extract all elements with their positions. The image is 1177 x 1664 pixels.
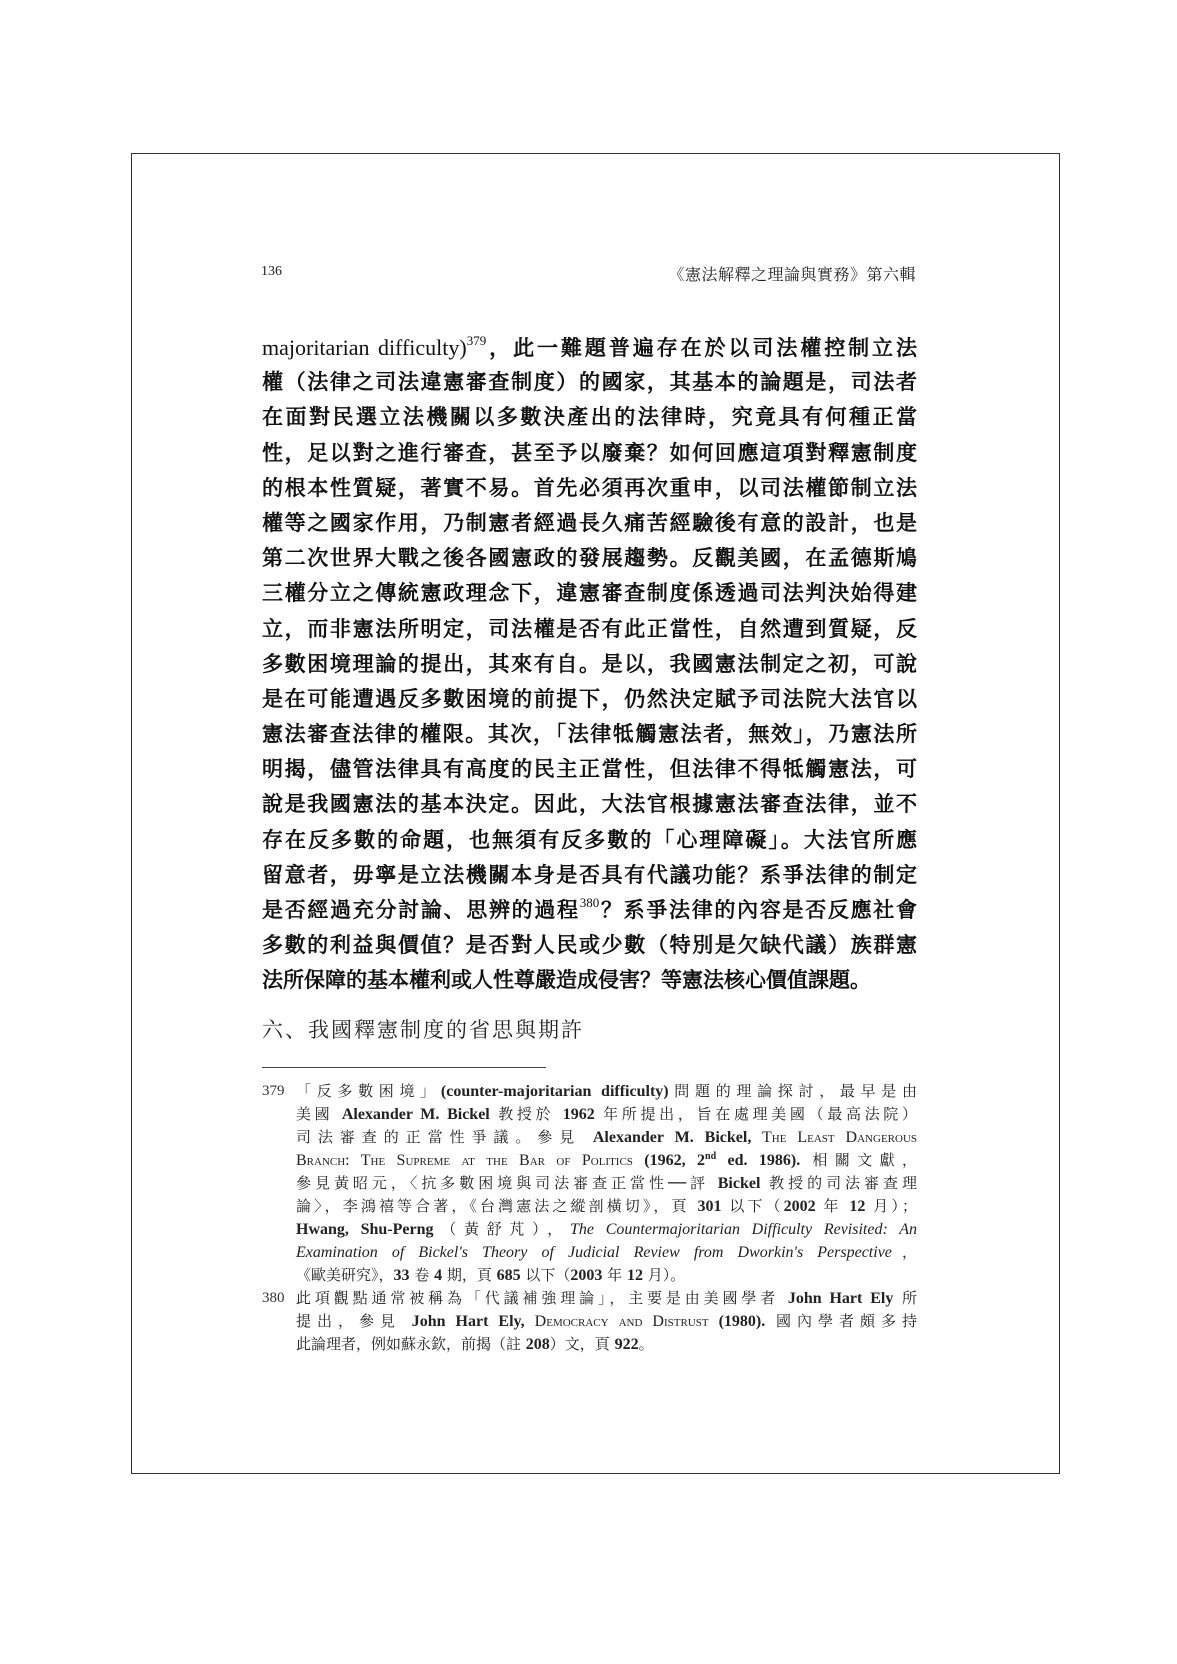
footnote-380: 380 此項觀點通常被稱為「代議補強理論」，主要是由美國學者 John Hart… bbox=[262, 1287, 917, 1356]
body-line: 的根本性質疑，著實不易。首先必須再次重申，以司法權節制立法 bbox=[262, 471, 917, 506]
footnote-line: 此項觀點通常被稱為「代議補強理論」，主要是由美國學者 John Hart Ely… bbox=[296, 1287, 917, 1310]
footnote-line: 此論理者，例如蘇永欽，前揭（註 208）文，頁 922。 bbox=[296, 1333, 917, 1356]
body-line: 明揭，儘管法律具有高度的民主正當性，但法律不得牴觸憲法，可 bbox=[262, 752, 917, 787]
body-line: 憲法審查法律的權限。其次，「法律牴觸憲法者，無效」，乃憲法所 bbox=[262, 717, 917, 752]
book-title: 《憲法解釋之理論與實務》第六輯 bbox=[668, 262, 916, 285]
footnote-line: 司法審查的正當性爭議。參見 Alexander M. Bickel, The L… bbox=[296, 1126, 917, 1149]
footnote-line: Branch: The Supreme at the Bar of Politi… bbox=[296, 1149, 917, 1172]
footnote-line: 參見黃昭元，〈抗多數困境與司法審查正當性──評 Bickel 教授的司法審查理 bbox=[296, 1172, 917, 1195]
body-text-segment: 是否經過充分討論、思辨的過程 bbox=[262, 898, 580, 922]
footnote-line: 美國 Alexander M. Bickel 教授於 1962 年所提出，旨在處… bbox=[296, 1103, 917, 1126]
footnote-number: 380 bbox=[262, 1287, 285, 1309]
footnote-line: Hwang, Shu-Perng（黃舒芃），The Countermajorit… bbox=[296, 1218, 917, 1241]
page-number: 136 bbox=[261, 264, 282, 280]
footnotes: 379 「反多數困境」(counter-majoritarian difficu… bbox=[262, 1080, 917, 1356]
body-line: 權（法律之司法違憲審查制度）的國家，其基本的論題是，司法者 bbox=[262, 365, 917, 400]
body-line: 是在可能遭遇反多數困境的前提下，仍然決定賦予司法院大法官以 bbox=[262, 682, 917, 717]
body-line: 說是我國憲法的基本決定。因此，大法官根據憲法審查法律，並不 bbox=[262, 787, 917, 822]
body-line: 權等之國家作用，乃制憲者經過長久痛苦經驗後有意的設計，也是 bbox=[262, 506, 917, 541]
footnote-379: 379 「反多數困境」(counter-majoritarian difficu… bbox=[262, 1080, 917, 1287]
footnote-number: 379 bbox=[262, 1080, 285, 1102]
body-line: 性，足以對之進行審查，甚至予以廢棄？如何回應這項對釋憲制度 bbox=[262, 436, 917, 471]
body-line: 法所保障的基本權利或人性尊嚴造成侵害？等憲法核心價值課題。 bbox=[262, 963, 917, 998]
body-line: majoritarian difficulty)379，此一難題普遍存在於以司法… bbox=[262, 330, 917, 365]
footnote-line: 提出，參見 John Hart Ely, Democracy and Distr… bbox=[296, 1310, 917, 1333]
running-head: 136 《憲法解釋之理論與實務》第六輯 bbox=[261, 262, 916, 284]
body-line: 在面對民選立法機關以多數決產出的法律時，究竟具有何種正當 bbox=[262, 400, 917, 435]
latin-text: majoritarian difficulty) bbox=[262, 335, 467, 360]
footnote-line: 論〉，李鴻禧等合著，《台灣憲法之縱剖橫切》，頁 301 以下（2002 年 12… bbox=[296, 1195, 917, 1218]
body-text-segment: ，此一難題普遍存在於以司法權控制立法 bbox=[486, 336, 917, 360]
body-paragraph: majoritarian difficulty)379，此一難題普遍存在於以司法… bbox=[262, 330, 917, 999]
footnote-ref-380[interactable]: 380 bbox=[580, 895, 600, 910]
footnote-line: Examination of Bickel's Theory of Judici… bbox=[296, 1241, 917, 1264]
body-line: 是否經過充分討論、思辨的過程380？系爭法律的內容是否反應社會 bbox=[262, 893, 917, 928]
body-line: 多數的利益與價值？是否對人民或少數（特別是欠缺代議）族群憲 bbox=[262, 928, 917, 963]
body-line: 多數困境理論的提出，其來有自。是以，我國憲法制定之初，可說 bbox=[262, 647, 917, 682]
body-line: 三權分立之傳統憲政理念下，違憲審查制度係透過司法判決始得建 bbox=[262, 576, 917, 611]
body-line: 第二次世界大戰之後各國憲政的發展趨勢。反觀美國，在孟德斯鳩 bbox=[262, 541, 917, 576]
body-line: 存在反多數的命題，也無須有反多數的「心理障礙」。大法官所應 bbox=[262, 823, 917, 858]
body-line: 留意者，毋寧是立法機關本身是否具有代議功能？系爭法律的制定 bbox=[262, 858, 917, 893]
footnote-divider bbox=[262, 1067, 546, 1068]
footnote-line: 《歐美研究》，33 卷 4 期，頁 685 以下（2003 年 12 月）。 bbox=[296, 1264, 917, 1287]
body-text-segment: ？系爭法律的內容是否反應社會 bbox=[599, 898, 917, 922]
section-heading: 六、我國釋憲制度的省思與期許 bbox=[262, 1014, 584, 1044]
body-line: 立，而非憲法所明定，司法權是否有此正當性，自然遭到質疑，反 bbox=[262, 612, 917, 647]
footnote-ref-379[interactable]: 379 bbox=[467, 333, 487, 348]
footnote-line: 「反多數困境」(counter-majoritarian difficulty)… bbox=[296, 1080, 917, 1103]
